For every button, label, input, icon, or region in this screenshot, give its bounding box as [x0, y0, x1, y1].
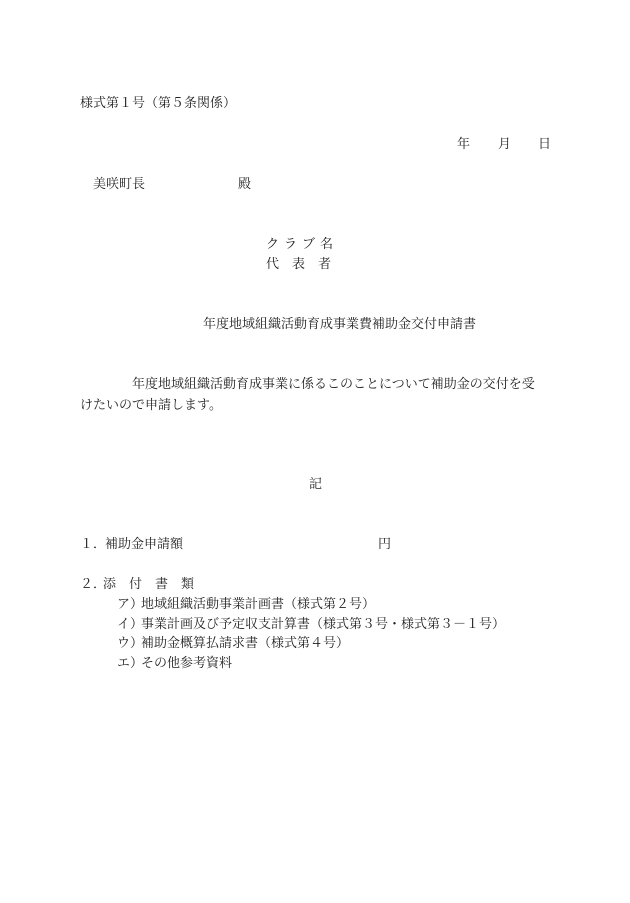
attachment-list: ア）地域組織活動事業計画書（様式第２号） イ）事業計画及び予定収支計算書（様式第…	[117, 597, 505, 675]
list-text: 地域組織活動事業計画書（様式第２号）	[141, 597, 375, 612]
list-item: ウ）補助金概算払請求書（様式第４号）	[117, 636, 505, 656]
form-number: 様式第１号（第５条関係）	[80, 96, 236, 112]
month-label: 月	[498, 137, 511, 153]
year-label: 年	[457, 137, 470, 153]
list-text: その他参考資料	[141, 656, 232, 671]
addressee-honorific: 殿	[238, 177, 251, 193]
amount-unit: 円	[378, 537, 391, 553]
list-marker: エ）	[117, 656, 141, 672]
day-label: 日	[538, 137, 551, 153]
list-item: イ）事業計画及び予定収支計算書（様式第３号・様式第３－１号）	[117, 617, 505, 637]
list-item: エ）その他参考資料	[117, 656, 505, 676]
addressee-name: 美咲町長	[93, 177, 145, 193]
list-marker: イ）	[117, 617, 141, 633]
representative-label: 代 表 者	[266, 257, 331, 273]
list-text: 補助金概算払請求書（様式第４号）	[141, 636, 349, 651]
body-line-1: 年度地域組織活動育成事業に係るこのことについて補助金の交付を受	[132, 377, 535, 393]
list-text: 事業計画及び予定収支計算書（様式第３号・様式第３－１号）	[141, 617, 505, 632]
document-title: 年度地域組織活動育成事業費補助金交付申請書	[203, 317, 476, 333]
item-number: １．	[80, 537, 106, 553]
list-item: ア）地域組織活動事業計画書（様式第２号）	[117, 597, 505, 617]
item-label: 添 付 書 類	[103, 577, 194, 593]
club-name-label: クラブ名	[266, 237, 338, 253]
list-marker: ウ）	[117, 636, 141, 652]
list-marker: ア）	[117, 597, 141, 613]
body-line-2: けたいので申請します。	[80, 398, 222, 414]
item-label: 補助金申請額	[105, 537, 183, 553]
ki-heading: 記	[309, 477, 322, 493]
